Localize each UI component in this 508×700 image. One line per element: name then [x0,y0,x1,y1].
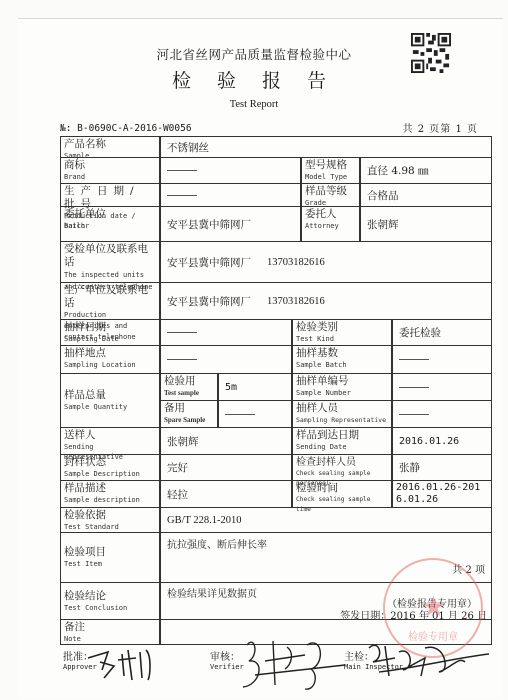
phone-number: 13703182616 [267,296,325,307]
main-inspector-label: 主检： [344,652,374,663]
verifier-signature: 审核：Verifier [210,648,244,671]
label-en: Bailor [64,221,156,231]
label-sample: 产品名称Sample [60,136,160,158]
empty-dash [167,170,197,171]
label-cn: 抽样日期 [64,321,106,333]
value-sample-desc: 轻拉 [160,480,292,508]
label-test-kind: 检验类别Test Kind [292,319,392,346]
label-note: 备注Note [60,619,160,645]
label-sampling-date: 抽样日期Sampling Date [60,319,160,346]
unit-name: 安平县冀中筛网厂 [167,255,251,270]
value-sample-batch [392,345,492,374]
label-en: Note [64,634,156,644]
main-inspector-label-en: Main Inspector [344,663,403,671]
label-model-type: 型号规格Model Type [301,157,360,184]
value-check-time: 2016.01.26-2016.01.26 [392,480,492,508]
official-seal: ★ 检验专用章 [383,558,483,658]
label-check-personnel: 检查封样人员Check sealing sample personnel [292,454,392,481]
label-test-conclusion: 检验结论Test Conclusion [60,582,160,620]
label-cn: 抽样单编号 [296,375,349,387]
label-cn: 受检单位及联系电话 [64,243,148,268]
value-brand [160,157,301,184]
value-sending-date: 2016.01.26 [392,427,492,455]
label-cn: 抽样地点 [64,347,106,359]
report-number: №: B-0690C-A-2016-W0056 [60,123,192,134]
label-cn: 检验结论 [64,590,156,603]
label-sample-quantity: 样品总量Sample Quantity [60,373,160,428]
label-bailor: 委托单位Bailor [60,206,160,242]
label-cn: 样品到达日期 [296,429,359,441]
label-cn: 生产单位及联系电话 [64,284,148,309]
empty-dash [167,359,197,360]
label-en: Sample Quantity [64,402,156,412]
label-cn: 检验项目 [64,546,156,559]
label-en: Sample Batch [296,360,388,370]
value-test-sample: 5m [218,373,292,401]
value-production-enterprises: 安平县冀中筛网厂 13703182616 [160,282,492,320]
empty-dash [225,414,255,415]
label-en: Attorney [305,221,356,231]
label-cn: 商标 [64,159,85,171]
empty-dash [399,387,429,388]
label-en: Sample description [64,495,156,505]
label-en: Test sample [164,388,214,398]
report-title-en: Test Report [0,99,508,110]
label-sending-date: 样品到达日期Sending Date [292,427,392,455]
main-inspector-signature: 主检：Main Inspector [344,648,403,671]
label-en: Sampling Location [64,360,156,370]
seal-text: 检验专用章 [385,628,481,643]
label-test-sample: 检验用Test sample [160,373,218,401]
label-cn: 备注 [64,621,85,633]
label-cn: 型号规格 [305,159,347,171]
label-cn: 备用 [164,402,185,414]
value-sample: 不锈钢丝 [160,136,492,158]
value-grade: 合格品 [360,183,492,207]
star-icon: ★ [421,590,446,623]
label-sampling-location: 抽样地点Sampling Location [60,345,160,374]
label-cn: 样品描述 [64,482,106,494]
label-spare-sample: 备用Spare Sample [160,400,218,428]
value-sampling-representative [392,400,492,428]
label-cn: 检验用 [164,375,196,387]
page-count: 共 2 页第 1 页 [403,120,478,135]
value-attorney: 张朝辉 [360,206,492,242]
label-en: Sample Description [64,469,156,479]
label-check-time: 检验时间Check sealing sample time [292,480,392,508]
label-en: Sending Date [296,442,388,452]
label-en: Test Conclusion [64,603,156,613]
label-cn: 检验依据 [64,509,106,521]
unit-name: 安平县冀中筛网厂 [167,294,251,309]
value-check-personnel: 张静 [392,454,492,481]
approver-signature: 批准：Approver [63,648,97,671]
label-cn: 委托单位 [64,208,106,220]
label-en: Model Type [305,172,356,182]
value-sending-representative: 张朝辉 [160,427,292,455]
label-inspected-units: 受检单位及联系电话The inspected units and contact… [60,241,160,283]
label-cn: 产品名称 [64,138,106,150]
empty-dash [399,359,429,360]
label-cn: 封样状态 [64,456,106,468]
empty-dash [167,195,197,196]
label-sample-desc: 样品描述Sample description [60,480,160,508]
label-en: Spare Sample [164,415,214,425]
label-cn: 检验时间 [296,482,338,494]
label-test-standard: 检验依据Test Standard [60,507,160,533]
value-bailor: 安平县冀中筛网厂 [160,206,301,242]
verifier-label: 审核： [210,652,240,663]
label-en: Test Item [64,559,156,569]
label-sending-representative: 送样人Sending Representative [60,427,160,455]
test-item-list: 抗拉强度、断后伸长率 [167,536,267,551]
value-spare-sample [218,400,292,428]
value-sample-number [392,373,492,401]
value-test-standard: GB/T 228.1-2010 [160,507,492,533]
label-cn: 抽样人员 [296,402,338,414]
label-en: Sample Number [296,388,388,398]
label-brand: 商标Brand [60,157,160,184]
value-sampling-date [160,319,292,346]
label-production-enterprises: 生产单位及联系电话Production enterprises and cont… [60,282,160,320]
label-cn: 抽样基数 [296,347,338,359]
value-model-type: 直径 4.98 ㎜ [360,157,492,184]
label-cn: 送样人 [64,429,96,441]
label-en: Sampling Date [64,334,156,344]
label-attorney: 委托人Attorney [301,206,360,242]
label-sampling-representative: 抽样人员Sampling Representative [292,400,392,428]
value-inspected-units: 安平县冀中筛网厂 13703182616 [160,241,492,283]
value-sampling-location [160,345,292,374]
value-sample-state: 完好 [160,454,292,481]
label-sample-state: 封样状态Sample Description [60,454,160,481]
label-en: Brand [64,172,156,182]
approver-label-en: Approver [63,663,97,671]
label-sample-number: 抽样单编号Sample Number [292,373,392,401]
label-production-date: 生产日期/批号Production date / batch [60,183,160,207]
label-sample-batch: 抽样基数Sample Batch [292,345,392,374]
label-cn: 委托人 [305,208,337,220]
label-en: Sampling Representative [296,415,388,425]
qr-code-icon [411,33,451,73]
verifier-label-en: Verifier [210,663,244,671]
label-cn: 样品总量 [64,389,156,402]
value-test-kind: 委托检验 [392,319,492,346]
phone-number: 13703182616 [267,257,325,268]
label-test-item: 检验项目Test Item [60,532,160,583]
label-en: Test Standard [64,522,156,532]
label-cn: 检查封样人员 [296,457,356,468]
label-en: Test Kind [296,334,388,344]
label-grade: 样品等级Grade [301,183,360,207]
conclusion-text: 检验结果详见数据页 [167,585,257,600]
value-production-date [160,183,301,207]
label-cn: 样品等级 [305,185,347,197]
label-cn: 检验类别 [296,321,338,333]
approver-label: 批准： [63,652,93,663]
empty-dash [399,414,429,415]
empty-dash [167,332,197,333]
